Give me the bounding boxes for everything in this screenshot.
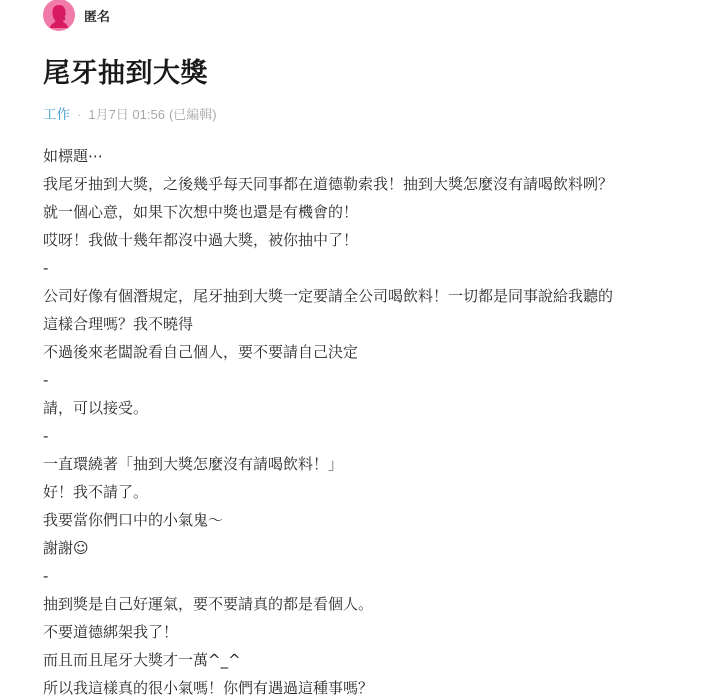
content-line: 而且而且尾牙大獎才一萬^_^: [43, 646, 663, 674]
content-divider: -: [43, 366, 663, 394]
content-line: 不要道德綁架我了！: [43, 618, 663, 646]
content-line: 我尾牙抽到大獎，之後幾乎每天同事都在道德勒索我！抽到大獎怎麼沒有請喝飲料咧？: [43, 170, 663, 198]
author-name[interactable]: 匿名: [84, 6, 110, 25]
content-line: 抽到獎是自己好運氣，要不要請真的都是看個人。: [43, 590, 663, 618]
post-content: 如標題⋯ 我尾牙抽到大獎，之後幾乎每天同事都在道德勒索我！抽到大獎怎麼沒有請喝飲…: [43, 142, 663, 698]
content-line: 不過後來老闆說看自己個人，要不要請自己決定: [43, 338, 663, 366]
content-line: 如標題⋯: [43, 142, 663, 170]
content-line: 一直環繞著「抽到大獎怎麼沒有請喝飲料！」: [43, 450, 663, 478]
post-timestamp: 1月7日 01:56: [88, 105, 165, 125]
content-line: 這樣合理嗎？我不曉得: [43, 310, 663, 338]
meta-separator: ·: [77, 105, 81, 125]
avatar[interactable]: [43, 0, 75, 31]
edited-label: (已編輯): [169, 105, 217, 125]
post-title: 尾牙抽到大獎: [43, 55, 208, 93]
category-link[interactable]: 工作: [43, 105, 70, 125]
content-line: 哎呀！我做十幾年都沒中過大獎，被你抽中了！: [43, 226, 663, 254]
author-row: 匿名: [43, 0, 110, 31]
content-divider: -: [43, 422, 663, 450]
content-divider: -: [43, 562, 663, 590]
post-meta: 工作 · 1月7日 01:56 (已編輯): [43, 105, 217, 125]
content-line: 我要當你們口中的小氣鬼～: [43, 506, 663, 534]
content-line: 請，可以接受。: [43, 394, 663, 422]
content-line: 謝謝☺: [43, 534, 663, 562]
content-line: 好！我不請了。: [43, 478, 663, 506]
content-line: 公司好像有個潛規定，尾牙抽到大獎一定要請全公司喝飲料！一切都是同事說給我聽的: [43, 282, 663, 310]
content-divider: -: [43, 254, 663, 282]
content-line: 所以我這樣真的很小氣嗎！你們有遇過這種事嗎？: [43, 674, 663, 698]
content-line: 就一個心意，如果下次想中獎也還是有機會的！: [43, 198, 663, 226]
